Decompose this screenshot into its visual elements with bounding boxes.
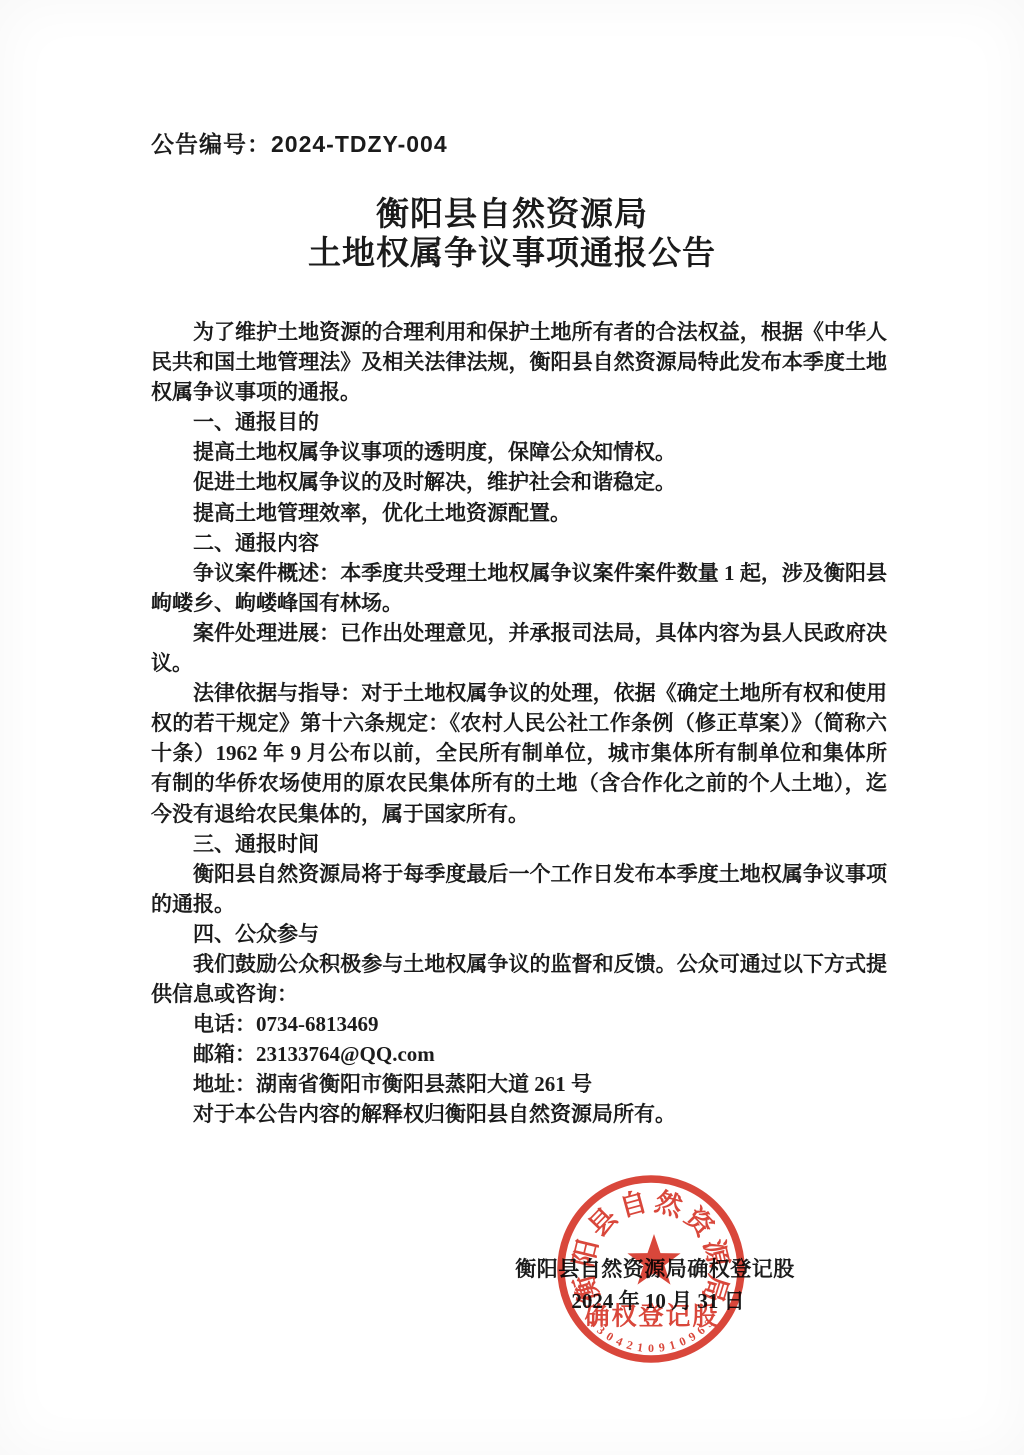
svg-text:1: 1 xyxy=(636,1340,644,1355)
paragraph: 提高土地权属争议事项的透明度，保障公众知情权。 xyxy=(151,437,887,467)
paragraph: 提高土地管理效率，优化土地资源配置。 xyxy=(151,498,887,528)
section-heading: 四、公众参与 xyxy=(151,919,887,949)
signature-date: 2024 年 10 月 31 日 xyxy=(498,1285,818,1315)
paragraph: 对于本公告内容的解释权归衡阳县自然资源局所有。 xyxy=(151,1099,887,1129)
svg-text:0: 0 xyxy=(604,1329,616,1344)
svg-text:1: 1 xyxy=(668,1338,678,1353)
announcement-number: 公告编号：2024-TDZY-004 xyxy=(151,126,448,159)
svg-text:0: 0 xyxy=(648,1341,654,1355)
title-line-2: 土地权属争议事项通报公告 xyxy=(0,235,1024,274)
paragraph: 我们鼓励公众积极参与土地权属争议的监督和反馈。公众可通过以下方式提供信息或咨询： xyxy=(151,949,887,1009)
paragraph: 邮箱：23133764@QQ.com xyxy=(151,1039,887,1069)
paragraph: 地址：湖南省衡阳市衡阳县蒸阳大道 261 号 xyxy=(151,1069,887,1099)
paragraph: 衡阳县自然资源局将于每季度最后一个工作日发布本季度土地权属争议事项的通报。 xyxy=(151,859,887,919)
paragraph: 法律依据与指导：对于土地权属争议的处理，依据《确定土地所有权和使用权的若干规定》… xyxy=(151,678,887,828)
svg-text:2: 2 xyxy=(625,1338,635,1353)
document-body: 为了维护土地资源的合理利用和保护土地所有者的合法权益，根据《中华人民共和国土地管… xyxy=(151,317,887,1130)
paragraph: 电话：0734-6813469 xyxy=(151,1009,887,1039)
svg-text:9: 9 xyxy=(686,1329,698,1344)
svg-text:9: 9 xyxy=(658,1340,666,1355)
svg-text:4: 4 xyxy=(614,1334,625,1349)
document-title: 衡阳县自然资源局 土地权属争议事项通报公告 xyxy=(0,196,1024,274)
svg-text:0: 0 xyxy=(677,1334,688,1349)
paragraph: 为了维护土地资源的合理利用和保护土地所有者的合法权益，根据《中华人民共和国土地管… xyxy=(151,317,887,407)
svg-text:然: 然 xyxy=(652,1185,687,1222)
title-line-1: 衡阳县自然资源局 xyxy=(0,196,1024,235)
announcement-page: 公告编号：2024-TDZY-004 衡阳县自然资源局 土地权属争议事项通报公告… xyxy=(0,0,1024,1455)
signature-org: 衡阳县自然资源局确权登记股 xyxy=(495,1253,815,1283)
paragraph: 促进土地权属争议的及时解决，维护社会和谐稳定。 xyxy=(151,467,887,497)
section-heading: 三、通报时间 xyxy=(151,829,887,859)
section-heading: 二、通报内容 xyxy=(151,528,887,558)
paragraph: 案件处理进展：已作出处理意见，并承报司法局，具体内容为县人民政府决议。 xyxy=(151,618,887,678)
section-heading: 一、通报目的 xyxy=(151,407,887,437)
svg-text:自: 自 xyxy=(616,1186,650,1222)
paragraph: 争议案件概述：本季度共受理土地权属争议案件案件数量 1 起，涉及衡阳县岣嵝乡、岣… xyxy=(151,558,887,618)
